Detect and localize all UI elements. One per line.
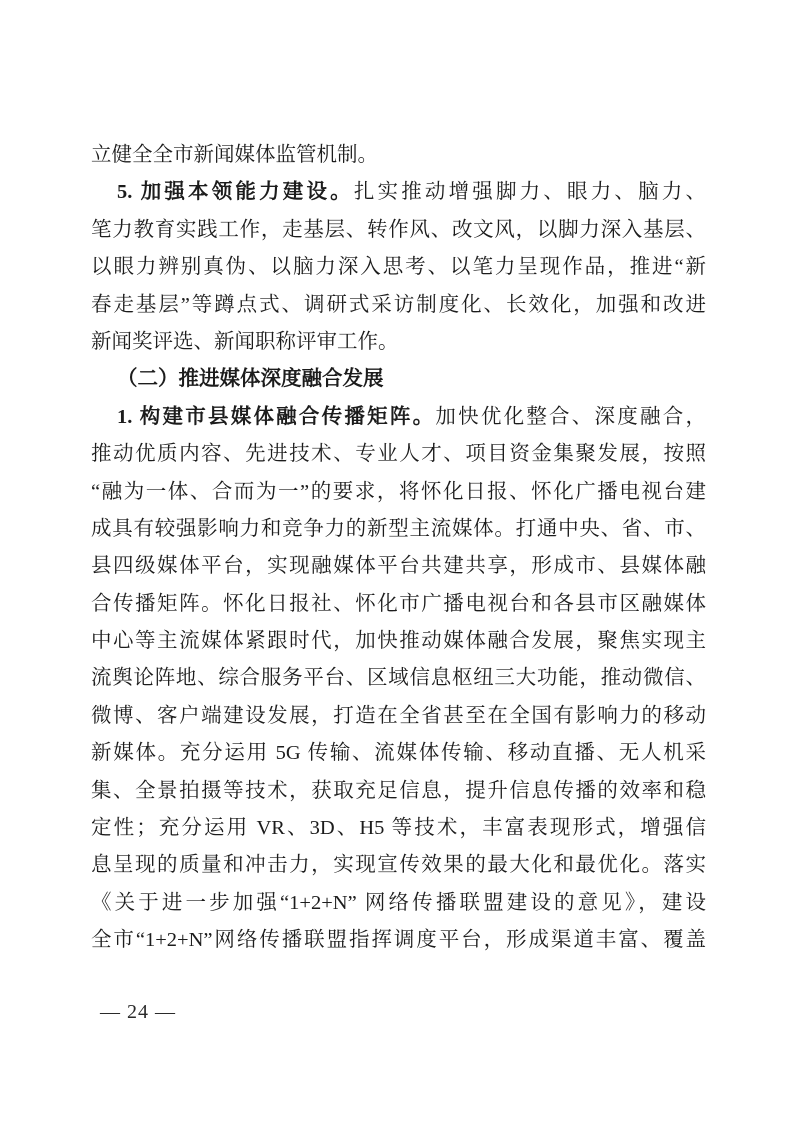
- text-line: 流舆论阵地、综合服务平台、区域信息枢纽三大功能，推动微信、: [91, 660, 706, 697]
- bold-text-run: 5. 加强本领能力建设。: [117, 181, 354, 203]
- text-run: 流舆论阵地、综合服务平台、区域信息枢纽三大功能，推动微信、: [91, 667, 706, 689]
- text-line: 合传播矩阵。怀化日报社、怀化市广播电视台和各县市区融媒体: [91, 586, 706, 623]
- text-line: 推动优质内容、先进技术、专业人才、项目资金集聚发展，按照: [91, 436, 706, 473]
- document-body: 立健全全市新闻媒体监管机制。5. 加强本领能力建设。扎实推动增强脚力、眼力、脑力…: [91, 137, 706, 960]
- text-line: 成具有较强影响力和竞争力的新型主流媒体。打通中央、省、市、: [91, 511, 706, 548]
- text-line: 全市“1+2+N”网络传播联盟指挥调度平台，形成渠道丰富、覆盖: [91, 922, 706, 959]
- text-run: 成具有较强影响力和竞争力的新型主流媒体。打通中央、省、市、: [91, 518, 706, 540]
- text-line: 1. 构建市县媒体融合传播矩阵。加快优化整合、深度融合，: [91, 399, 706, 436]
- text-line: 以眼力辨别真伪、以脑力深入思考、以笔力呈现作品，推进“新: [91, 249, 706, 286]
- text-run: 推动优质内容、先进技术、专业人才、项目资金集聚发展，按照: [91, 443, 706, 465]
- text-line: 笔力教育实践工作，走基层、转作风、改文风，以脚力深入基层、: [91, 212, 706, 249]
- text-line: “融为一体、合而为一”的要求，将怀化日报、怀化广播电视台建: [91, 474, 706, 511]
- text-run: 加快优化整合、深度融合，: [435, 406, 706, 428]
- text-run: 定性；充分运用 VR、3D、H5 等技术，丰富表现形式，增强信: [91, 817, 706, 839]
- text-line: 定性；充分运用 VR、3D、H5 等技术，丰富表现形式，增强信: [91, 810, 706, 847]
- text-run: 新媒体。充分运用 5G 传输、流媒体传输、移动直播、无人机采: [91, 742, 706, 764]
- text-run: 县四级媒体平台，实现融媒体平台共建共享，形成市、县媒体融: [91, 555, 706, 577]
- document-page: 立健全全市新闻媒体监管机制。5. 加强本领能力建设。扎实推动增强脚力、眼力、脑力…: [0, 0, 793, 1122]
- text-run: 立健全全市新闻媒体监管机制。: [91, 144, 378, 166]
- text-line: 县四级媒体平台，实现融媒体平台共建共享，形成市、县媒体融: [91, 548, 706, 585]
- text-line: 春走基层”等蹲点式、调研式采访制度化、长效化，加强和改进: [91, 287, 706, 324]
- text-run: 息呈现的质量和冲击力，实现宣传效果的最大化和最优化。落实: [91, 854, 706, 876]
- text-run: 扎实推动增强脚力、眼力、脑力、: [354, 181, 706, 203]
- text-run: 《关于进一步加强“1+2+N” 网络传播联盟建设的意见》，建设: [91, 892, 706, 914]
- text-line: 立健全全市新闻媒体监管机制。: [91, 137, 706, 174]
- page-number: — 24 —: [100, 997, 176, 1027]
- text-line: 《关于进一步加强“1+2+N” 网络传播联盟建设的意见》，建设: [91, 885, 706, 922]
- bold-text-run: （二）推进媒体深度融合发展: [117, 368, 384, 390]
- text-line: （二）推进媒体深度融合发展: [91, 361, 706, 398]
- text-run: 笔力教育实践工作，走基层、转作风、改文风，以脚力深入基层、: [91, 219, 706, 241]
- text-line: 息呈现的质量和冲击力，实现宣传效果的最大化和最优化。落实: [91, 847, 706, 884]
- text-run: 新闻奖评选、新闻职称评审工作。: [91, 331, 399, 353]
- text-run: 全市“1+2+N”网络传播联盟指挥调度平台，形成渠道丰富、覆盖: [91, 929, 706, 951]
- text-line: 中心等主流媒体紧跟时代，加快推动媒体融合发展，聚焦实现主: [91, 623, 706, 660]
- text-run: 以眼力辨别真伪、以脑力深入思考、以笔力呈现作品，推进“新: [91, 256, 706, 278]
- text-run: 中心等主流媒体紧跟时代，加快推动媒体融合发展，聚焦实现主: [91, 630, 706, 652]
- text-run: 集、全景拍摄等技术，获取充足信息，提升信息传播的效率和稳: [91, 780, 706, 802]
- text-run: 微博、客户端建设发展，打造在全省甚至在全国有影响力的移动: [91, 705, 706, 727]
- text-line: 新媒体。充分运用 5G 传输、流媒体传输、移动直播、无人机采: [91, 735, 706, 772]
- bold-text-run: 1. 构建市县媒体融合传播矩阵。: [117, 406, 435, 428]
- text-run: “融为一体、合而为一”的要求，将怀化日报、怀化广播电视台建: [91, 481, 706, 503]
- text-line: 5. 加强本领能力建设。扎实推动增强脚力、眼力、脑力、: [91, 174, 706, 211]
- text-line: 新闻奖评选、新闻职称评审工作。: [91, 324, 706, 361]
- text-run: 春走基层”等蹲点式、调研式采访制度化、长效化，加强和改进: [91, 294, 706, 316]
- text-line: 集、全景拍摄等技术，获取充足信息，提升信息传播的效率和稳: [91, 773, 706, 810]
- text-line: 微博、客户端建设发展，打造在全省甚至在全国有影响力的移动: [91, 698, 706, 735]
- text-run: 合传播矩阵。怀化日报社、怀化市广播电视台和各县市区融媒体: [91, 593, 706, 615]
